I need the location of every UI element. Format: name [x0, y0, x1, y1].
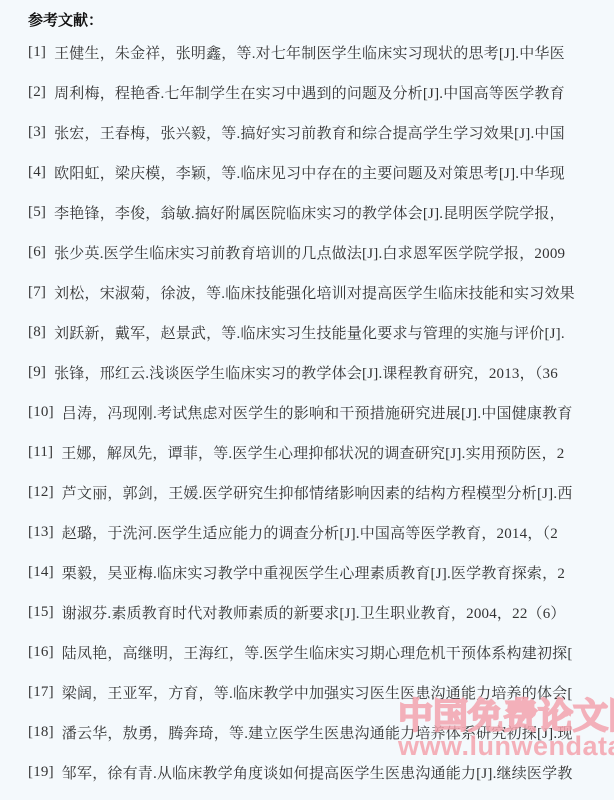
- reference-text: 欧阳虹，梁庆模，李颖，等.临床见习中存在的主要问题及对策思考[J].中华现: [54, 162, 565, 183]
- reference-text: 张少英.医学生临床实习前教育培训的几点做法[J].白求恩军医学院学报，2009: [54, 242, 565, 263]
- references-list: [1]王健生，朱金祥，张明鑫，等.对七年制医学生临床实习现状的思考[J].中华医…: [28, 32, 614, 792]
- reference-item: [10]吕涛，冯现刚.考试焦虑对医学生的影响和干预措施研究进展[J].中国健康教…: [28, 392, 614, 432]
- reference-text: 王娜，解凤先，谭菲，等.医学生心理抑郁状况的调查研究[J].实用预防医，2: [61, 442, 564, 463]
- reference-text: 邹军，徐有青.从临床教学角度谈如何提高医学生医患沟通能力[J].继续医学教: [62, 762, 573, 783]
- reference-item: [5]李艳锋，李俊，翁敏.搞好附属医院临床实习的教学体会[J].昆明医学院学报，: [28, 192, 614, 232]
- reference-item: [14]栗毅，吴亚梅.临床实习教学中重视医学生心理素质教育[J].医学教育探索，…: [28, 552, 614, 592]
- reference-number: [10]: [28, 404, 54, 421]
- reference-number: [11]: [28, 444, 53, 461]
- reference-text: 栗毅，吴亚梅.临床实习教学中重视医学生心理素质教育[J].医学教育探索，2: [62, 562, 565, 583]
- reference-number: [16]: [28, 644, 54, 661]
- reference-text: 陆凤艳，高继明，王海红，等.医学生临床实习期心理危机干预体系构建初探[: [62, 642, 573, 663]
- reference-item: [4]欧阳虹，梁庆模，李颖，等.临床见习中存在的主要问题及对策思考[J].中华现: [28, 152, 614, 192]
- reference-item: [7]刘松，宋淑菊，徐波，等.临床技能强化培训对提高医学生临床技能和实习效果: [28, 272, 614, 312]
- reference-text: 吕涛，冯现刚.考试焦虑对医学生的影响和干预措施研究进展[J].中国健康教育: [62, 402, 573, 423]
- reference-number: [17]: [28, 684, 54, 701]
- reference-text: 刘跃新，戴军，赵景武，等.临床实习生技能量化要求与管理的实施与评价[J].: [54, 322, 565, 343]
- reference-text: 潘云华，敖勇，腾奔琦，等.建立医学生医患沟通能力培养体系研究初探[J].现: [62, 722, 573, 743]
- reference-item: [2]周利梅，程艳香.七年制学生在实习中遇到的问题及分析[J].中国高等医学教育: [28, 72, 614, 112]
- reference-number: [2]: [28, 84, 46, 101]
- reference-text: 张宏，王春梅，张兴毅，等.搞好实习前教育和综合提高学生学习效果[J].中国: [54, 122, 565, 143]
- reference-text: 张锋，邢红云.浅谈医学生临床实习的教学体会[J].课程教育研究，2013，（36: [54, 362, 558, 383]
- reference-text: 刘松，宋淑菊，徐波，等.临床技能强化培训对提高医学生临床技能和实习效果: [54, 282, 575, 303]
- reference-item: [3]张宏，王春梅，张兴毅，等.搞好实习前教育和综合提高学生学习效果[J].中国: [28, 112, 614, 152]
- reference-item: [9]张锋，邢红云.浅谈医学生临床实习的教学体会[J].课程教育研究，2013，…: [28, 352, 614, 392]
- reference-item: [19]邹军，徐有青.从临床教学角度谈如何提高医学生医患沟通能力[J].继续医学…: [28, 752, 614, 792]
- reference-item: [18]潘云华，敖勇，腾奔琦，等.建立医学生医患沟通能力培养体系研究初探[J].…: [28, 712, 614, 752]
- reference-number: [1]: [28, 44, 46, 61]
- reference-number: [13]: [28, 524, 54, 541]
- references-page: 参考文献： [1]王健生，朱金祥，张明鑫，等.对七年制医学生临床实习现状的思考[…: [0, 0, 614, 800]
- reference-number: [15]: [28, 604, 54, 621]
- reference-number: [18]: [28, 724, 54, 741]
- reference-number: [9]: [28, 364, 46, 381]
- reference-number: [7]: [28, 284, 46, 301]
- reference-item: [16]陆凤艳，高继明，王海红，等.医学生临床实习期心理危机干预体系构建初探[: [28, 632, 614, 672]
- reference-item: [6]张少英.医学生临床实习前教育培训的几点做法[J].白求恩军医学院学报，20…: [28, 232, 614, 272]
- reference-item: [8]刘跃新，戴军，赵景武，等.临床实习生技能量化要求与管理的实施与评价[J].: [28, 312, 614, 352]
- reference-number: [3]: [28, 124, 46, 141]
- reference-number: [4]: [28, 164, 46, 181]
- reference-text: 赵璐，于洗河.医学生适应能力的调查分析[J].中国高等医学教育，2014，（2: [62, 522, 558, 543]
- reference-item: [13]赵璐，于洗河.医学生适应能力的调查分析[J].中国高等医学教育，2014…: [28, 512, 614, 552]
- reference-number: [6]: [28, 244, 46, 261]
- reference-number: [12]: [28, 484, 54, 501]
- reference-item: [1]王健生，朱金祥，张明鑫，等.对七年制医学生临床实习现状的思考[J].中华医: [28, 32, 614, 72]
- reference-text: 王健生，朱金祥，张明鑫，等.对七年制医学生临床实习现状的思考[J].中华医: [54, 42, 565, 63]
- reference-number: [5]: [28, 204, 46, 221]
- reference-item: [11]王娜，解凤先，谭菲，等.医学生心理抑郁状况的调查研究[J].实用预防医，…: [28, 432, 614, 472]
- reference-text: 李艳锋，李俊，翁敏.搞好附属医院临床实习的教学体会[J].昆明医学院学报，: [54, 202, 565, 223]
- reference-item: [12]芦文丽，郭剑，王媛.医学研究生抑郁情绪影响因素的结构方程模型分析[J].…: [28, 472, 614, 512]
- reference-text: 芦文丽，郭剑，王媛.医学研究生抑郁情绪影响因素的结构方程模型分析[J].西: [62, 482, 573, 503]
- reference-item: [15]谢淑芬.素质教育时代对教师素质的新要求[J].卫生职业教育，2004，2…: [28, 592, 614, 632]
- reference-text: 梁阔，王亚军，方育，等.临床教学中加强实习医生医患沟通能力培养的体会[: [62, 682, 573, 703]
- reference-number: [19]: [28, 764, 54, 781]
- reference-text: 周利梅，程艳香.七年制学生在实习中遇到的问题及分析[J].中国高等医学教育: [54, 82, 565, 103]
- reference-text: 谢淑芬.素质教育时代对教师素质的新要求[J].卫生职业教育，2004，22（6）: [62, 602, 566, 623]
- reference-number: [8]: [28, 324, 46, 341]
- references-heading: 参考文献：: [28, 10, 614, 32]
- reference-number: [14]: [28, 564, 54, 581]
- reference-item: [17]梁阔，王亚军，方育，等.临床教学中加强实习医生医患沟通能力培养的体会[: [28, 672, 614, 712]
